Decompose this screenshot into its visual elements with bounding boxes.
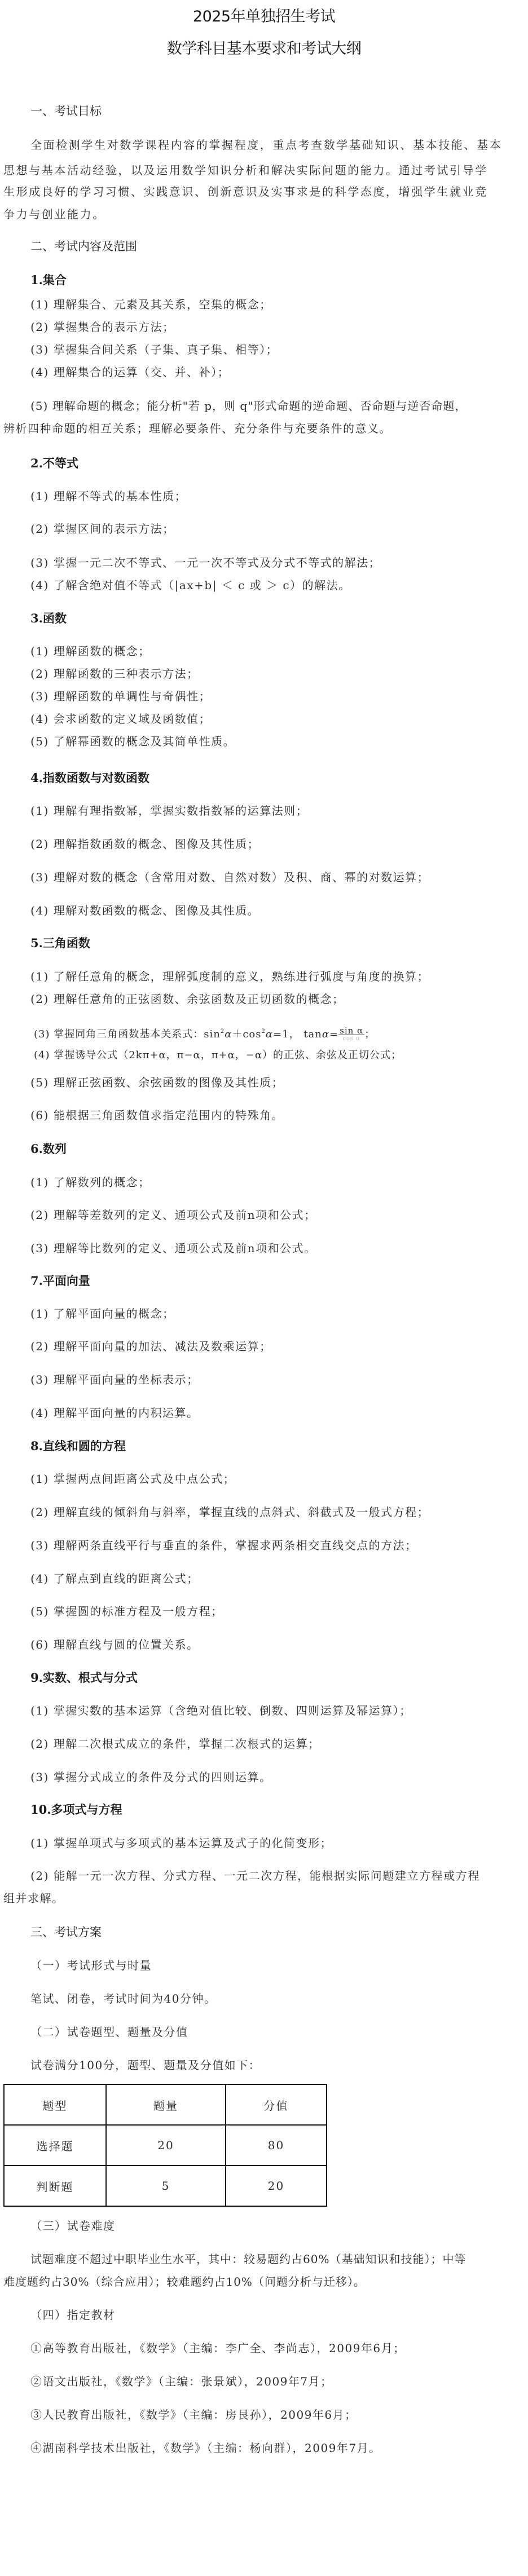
table-cell: 判断题 [4,2166,106,2206]
section-heading-goals: 一、考试目标 [30,103,102,119]
topic-item-continued: 组并求解。 [3,1890,64,1906]
topic-item-trig-identity: (3) 掌握同角三角函数基本关系式：sin2α＋cos2α=1， tanα=si… [34,1024,375,1043]
topic-item: (1) 理解函数的概念； [30,643,151,659]
topic-item: (2) 理解任意角的正弦函数、余弦函数及正切函数的概念； [30,991,345,1007]
topic-item: (1) 理解有理指数幂，掌握实数指数幂的运算法则； [30,803,308,819]
topic-item: (4) 理解集合的运算（交、并、补）； [30,364,230,380]
table-cell: 选择题 [4,2125,106,2166]
topic-item: (2) 理解二次根式成立的条件，掌握二次根式的运算； [30,1736,320,1752]
topic-title-vectors: 7.平面向量 [30,1273,90,1289]
formula-alpha: α [266,1028,273,1040]
table-header-cell: 分值 [226,2084,327,2125]
difficulty-line: 难度题约占30%（综合应用）；较难题约占10%（问题分析与迁移）。 [3,2274,366,2290]
topic-item: (2) 理解函数的三种表示方法； [30,666,199,682]
subsection-heading-textbooks: （四）指定教材 [30,2307,116,2323]
document-title-line1: 2025年单独招生考试 [0,7,528,27]
topic-item: (2) 理解等差数列的定义、通项公式及前n项和公式； [30,1207,316,1223]
topic-item: (4) 了解含绝对值不等式（|ax+b| ＜ c 或 ＞ c）的解法。 [30,577,351,593]
topic-title-sequences: 6.数列 [30,1141,67,1157]
table-cell: 20 [106,2125,226,2166]
formula-equals-one: =1， [273,1028,300,1040]
topic-item: (1) 掌握单项式与多项式的基本运算及式子的化简变形； [30,1835,332,1851]
topic-item: (4) 会求函数的定义域及函数值； [30,711,211,727]
topic-item: (1) 掌握实数的基本运算（含绝对值比较、倒数、四则运算及幂运算）； [30,1703,412,1718]
topic-item: (3) 理解函数的单调性与奇偶性； [30,688,211,704]
table-header-cell: 题量 [106,2084,226,2125]
fraction-numerator: sin α [338,1027,364,1035]
topic-item: (1) 理解不等式的基本性质； [30,488,187,504]
formula-sin: sin [204,1028,221,1040]
paragraph-line: 思想与基本活动经验，以及运用数学知识分析和解决实际问题的能力。通过考试引导学 [3,162,488,178]
topic-item: (2) 理解平面向量的加法、减法及数乘运算； [30,1338,272,1354]
section-heading-content: 二、考试内容及范围 [30,238,137,254]
textbook-item: ③人民教育出版社，《数学》（主编：房艮孙），2009年6月； [30,2407,357,2423]
topic-item: (3) 掌握分式成立的条件及分式的四则运算。 [30,1769,272,1785]
topic-title-reals-radicals: 9.实数、根式与分式 [30,1670,138,1686]
formula-alpha: α [322,1028,329,1040]
topic-item: (4) 理解对数函数的概念、图像及其性质。 [30,903,259,918]
formula-tan: tan [303,1028,322,1040]
score-intro-text: 试卷满分100分，题型、题量及分值如下： [30,2057,261,2073]
table-row: 选择题 20 80 [4,2125,327,2166]
formula-equals: = [329,1028,338,1040]
topic-item: (6) 理解直线与圆的位置关系。 [30,1637,199,1652]
topic-item: (2) 理解指数函数的概念、图像及其性质； [30,836,259,852]
paragraph-line: 争力与创业能力。 [3,206,105,222]
document-title-line2: 数学科目基本要求和考试大纲 [0,39,528,59]
topic-item: (1) 理解集合、元素及其关系，空集的概念； [30,297,272,312]
topic-item: (5) 了解幂函数的概念及其简单性质。 [30,734,235,749]
subsection-heading-form: （一）考试形式与时量 [30,1958,152,1973]
topic-item: (5) 理解命题的概念；能分析"若 p，则 q"形式命题的逆命题、否命题与逆否命… [30,398,467,414]
paragraph-line: 生形成良好的学习习惯、实践意识、创新意识及实事求是的科学态度，增强学生就业竞 [3,184,488,200]
formula-end: ； [364,1028,375,1040]
topic-item: (3) 理解平面向量的坐标表示； [30,1372,199,1388]
table-cell: 20 [226,2166,327,2206]
topic-item: (3) 掌握一元二次不等式、一元一次不等式及分式不等式的解法； [30,555,381,571]
topic-item: (1) 了解任意角的概念，理解弧度制的意义，熟练进行弧度与角度的换算； [30,969,429,984]
difficulty-line: 试题难度不超过中职毕业生水平，其中：较易题约占60%（基础知识和技能）；中等 [30,2251,466,2267]
topic-item: (2) 理解直线的倾斜角与斜率，掌握直线的点斜式、斜截式及一般式方程； [30,1504,429,1520]
score-table: 题型 题量 分值 选择题 20 80 判断题 5 20 [3,2084,327,2207]
textbook-item: ④湖南科学技术出版社，《数学》（主编：杨向群），2009年7月。 [30,2440,381,2456]
fraction-denominator: cos α [338,1035,364,1043]
topic-title-lines-circles: 8.直线和圆的方程 [30,1438,126,1454]
subsection-heading-types: （二）试卷题型、题量及分值 [30,2024,188,2040]
topic-item: (3) 理解两条直线平行与垂直的条件，掌握求两条相交直线交点的方法； [30,1537,417,1553]
formula-exponent: 2 [262,1028,266,1035]
topic-title-trig: 5.三角函数 [30,935,90,951]
subsection-heading-difficulty: （三）试卷难度 [30,2218,116,2234]
exam-form-text: 笔试、闭卷，考试时间为40分钟。 [30,1991,216,2007]
topic-item: (4) 了解点到直线的距离公式； [30,1571,199,1587]
topic-item: (5) 理解正弦函数、余弦函数的图像及其性质； [30,1075,284,1090]
topic-item: (6) 能根据三角函数值求指定范围内的特殊角。 [30,1107,284,1123]
paragraph-line: 全面检测学生对数学课程内容的掌握程度，重点考查数学基础知识、基本技能、基本 [30,137,502,153]
topic-title-sets: 1.集合 [30,272,67,288]
topic-title-inequality: 2.不等式 [30,456,78,471]
textbook-item: ①高等教育出版社，《数学》（主编：李广全、李尚志），2009年6月； [30,2340,406,2356]
topic-item-continued: 辨析四种命题的相互关系；理解必要条件、充分条件与充要条件的意义。 [3,421,391,436]
topic-item: (2) 能解一元一次方程、分式方程、一元二次方程，能根据实际问题建立方程或方程 [30,1868,480,1884]
topic-item: (4) 理解平面向量的内积运算。 [30,1405,199,1421]
table-row: 判断题 5 20 [4,2166,327,2206]
table-header-cell: 题型 [4,2084,106,2125]
topic-item: (2) 掌握区间的表示方法； [30,521,175,537]
topic-title-polynomials: 10.多项式与方程 [30,1802,122,1818]
table-cell: 5 [106,2166,226,2206]
topic-item: (4) 掌握诱导公式（2kπ+α，π−α，π+α，−α）的正弦、余弦及正切公式； [34,1048,402,1063]
topic-item: (1) 了解数列的概念； [30,1174,151,1190]
table-cell: 80 [226,2125,327,2166]
topic-item: (1) 掌握两点间距离公式及中点公式； [30,1471,235,1487]
topic-title-functions: 3.函数 [30,611,67,626]
formula-cos: ＋cos [232,1028,261,1040]
formula-fraction: sin αcos α [338,1027,364,1043]
topic-item: (3) 理解等比数列的定义、通项公式及前n项和公式。 [30,1240,316,1256]
topic-item: (3) 理解对数的概念（含常用对数、自然对数）及积、商、幂的对数运算； [30,869,429,885]
topic-item-label: (3) 掌握同角三角函数基本关系式： [34,1028,204,1040]
table-header-row: 题型 题量 分值 [4,2084,327,2125]
topic-item: (5) 掌握圆的标准方程及一般方程； [30,1603,223,1619]
topic-item: (2) 掌握集合的表示方法； [30,319,175,335]
textbook-item: ②语文出版社，《数学》（主编：张景斌），2009年7月； [30,2374,333,2389]
formula-alpha: α [225,1028,232,1040]
topic-item: (1) 了解平面向量的概念； [30,1306,175,1322]
topic-title-exp-log: 4.指数函数与对数函数 [30,770,149,786]
topic-item: (3) 掌握集合间关系（子集、真子集、相等）； [30,342,278,357]
section-heading-plan: 三、考试方案 [30,1924,102,1940]
